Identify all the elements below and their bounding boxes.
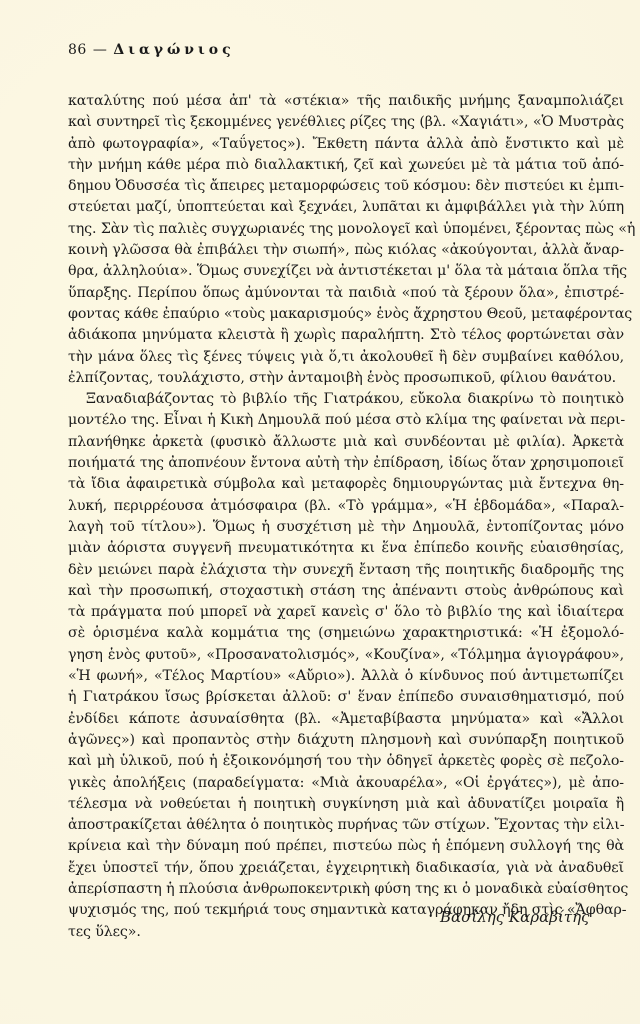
text-line: τὴν μνήμη κάθε μέρα πιὸ διαλλακτική, ζεῖ… — [68, 155, 624, 176]
text-line: φοντας κάθε ἐπαύριο «τοὺς μακαρισμούς» ἑ… — [68, 304, 624, 325]
journal-title: Διαγώνιος — [113, 42, 234, 58]
text-line: καταλύτης πού μέσα ἀπ' τὰ «στέκια» τῆς π… — [68, 91, 624, 112]
text-line: της. Σὰν τὶς παλιὲς συγχωριανές της μονο… — [68, 219, 624, 240]
text-line: «Ἡ φωνή», «Τέλος Μαρτίου» «Αὔριο»). Ἀλλὰ… — [68, 666, 624, 687]
text-line: δημου Ὀδυσσέα τὶς ἄπειρες μεταμορφώσεις … — [68, 176, 624, 197]
text-line: τέλεσμα νὰ νοθεύεται ἡ ποιητικὴ συγκίνησ… — [68, 794, 624, 815]
text-line: γηση ἑνὸς φυτοῦ», «Προσανατολισμός», «Κο… — [68, 645, 624, 666]
paragraph-1: καταλύτης πού μέσα ἀπ' τὰ «στέκια» τῆς π… — [68, 91, 624, 389]
text-line: λυκή, περιρρέουσα ἀτμόσφαιρα (βλ. «Τὸ γρ… — [68, 496, 624, 517]
page-number: 86 — [68, 42, 87, 58]
text-line: ἀδιάκοπα μηνύματα κλειστὰ ἢ χωρὶς παραλή… — [68, 325, 624, 346]
author-signature: Βασίλης Καραβίτης — [440, 908, 589, 926]
text-line: καὶ τὴν προσωπική, στοχαστικὴ στάση της … — [68, 581, 624, 602]
text-line: ἐλπίζοντας, τουλάχιστο, στὴν ἀνταμοιβὴ ἑ… — [68, 368, 624, 389]
text-line: κρίνεια καὶ τὴν δύναμη πού πρέπει, πιστε… — [68, 836, 624, 857]
text-line: τὴν μάνα ὅλες τὶς ξένες τύψεις γιὰ ὅ,τι … — [68, 347, 624, 368]
text-line: μιὰν ἀόριστα συγγενῆ πνευματικότητα κι ἕ… — [68, 538, 624, 559]
text-line: ἀπὸ φωτογραφία», «Ταΰγετος»). Ἔκθετη πάν… — [68, 134, 624, 155]
text-line: λαγὴ τοῦ τίτλου»). Ὅμως ἡ συσχέτιση μὲ τ… — [68, 517, 624, 538]
article-body: καταλύτης πού μέσα ἀπ' τὰ «στέκια» τῆς π… — [68, 91, 624, 943]
text-line: μοντέλο της. Εἶναι ἡ Κικὴ Δημουλᾶ πού μέ… — [68, 410, 624, 431]
text-line: ἔχει ὑποστεῖ τήν, ὅπου χρειάζεται, ἐγχει… — [68, 858, 624, 879]
text-line: ἀγῶνες») καὶ προπαντὸς στὴν διάχυτη πλησ… — [68, 730, 624, 751]
text-line: ἀπερίσπαστη ἡ πλούσια ἀνθρωποκεντρικὴ φύ… — [68, 879, 624, 900]
text-line: ὕπαρξης. Περίπου ὅπως ἀμύνονται τὰ παιδι… — [68, 283, 624, 304]
text-line: πλανήθηκε ἀρκετὰ (φυσικὸ ἄλλωστε μιὰ καὶ… — [68, 432, 624, 453]
text-line: δὲν μειώνει παρὰ ἐλάχιστα τὴν συνεχῆ ἔντ… — [68, 560, 624, 581]
text-line: τὰ πράγματα πού μπορεῖ νὰ χαρεῖ κανεὶς σ… — [68, 602, 624, 623]
text-line: ἀποστρακίζεται ἀθέλητα ὁ ποιητικὸς πυρήν… — [68, 815, 624, 836]
text-line: ἡ Γιατράκου ἴσως βρίσκεται ἀλλοῦ: σ' ἕνα… — [68, 687, 624, 708]
text-line: κοινὴ γλῶσσα θὰ ἐπιβάλει τὴν σιωπή», πὼς… — [68, 240, 624, 261]
text-line: καὶ μὴ ὑλικοῦ, πού ἡ ἐξοικονόμησή του τὴ… — [68, 751, 624, 772]
page-header: 86—Διαγώνιος — [68, 42, 235, 58]
text-line: θρα, ἀλληλούια». Ὅμως συνεχίζει νὰ ἀντισ… — [68, 261, 624, 282]
text-line: τὰ ἴδια ἀφαιρετικὰ σύμβολα καὶ μεταφορὲς… — [68, 474, 624, 495]
text-line: Ξαναδιαβάζοντας τὸ βιβλίο τῆς Γιατράκου,… — [68, 389, 624, 410]
text-line: γικὲς ἀπολήξεις (παραδείγματα: «Μιὰ ἀκου… — [68, 773, 624, 794]
text-line: στεύεται μαζί, ὑποπτεύεται καὶ ξεχνάει, … — [68, 197, 624, 218]
text-line: σὲ ὁρισμένα καλὰ κομμάτια της (σημειώνω … — [68, 623, 624, 644]
header-dash: — — [93, 42, 108, 58]
text-line: καὶ συντηρεῖ τὶς ξεκομμένες γενέθλιες ρί… — [68, 112, 624, 133]
text-line: ποιήματά της ἀποπνέουν ἔντονα αὐτὴ τὴν ἐ… — [68, 453, 624, 474]
paragraph-2: Ξαναδιαβάζοντας τὸ βιβλίο τῆς Γιατράκου,… — [68, 389, 624, 943]
text-line: ἐνδίδει κάποτε ἀσυναίσθητα (βλ. «Ἀμεταβί… — [68, 709, 624, 730]
